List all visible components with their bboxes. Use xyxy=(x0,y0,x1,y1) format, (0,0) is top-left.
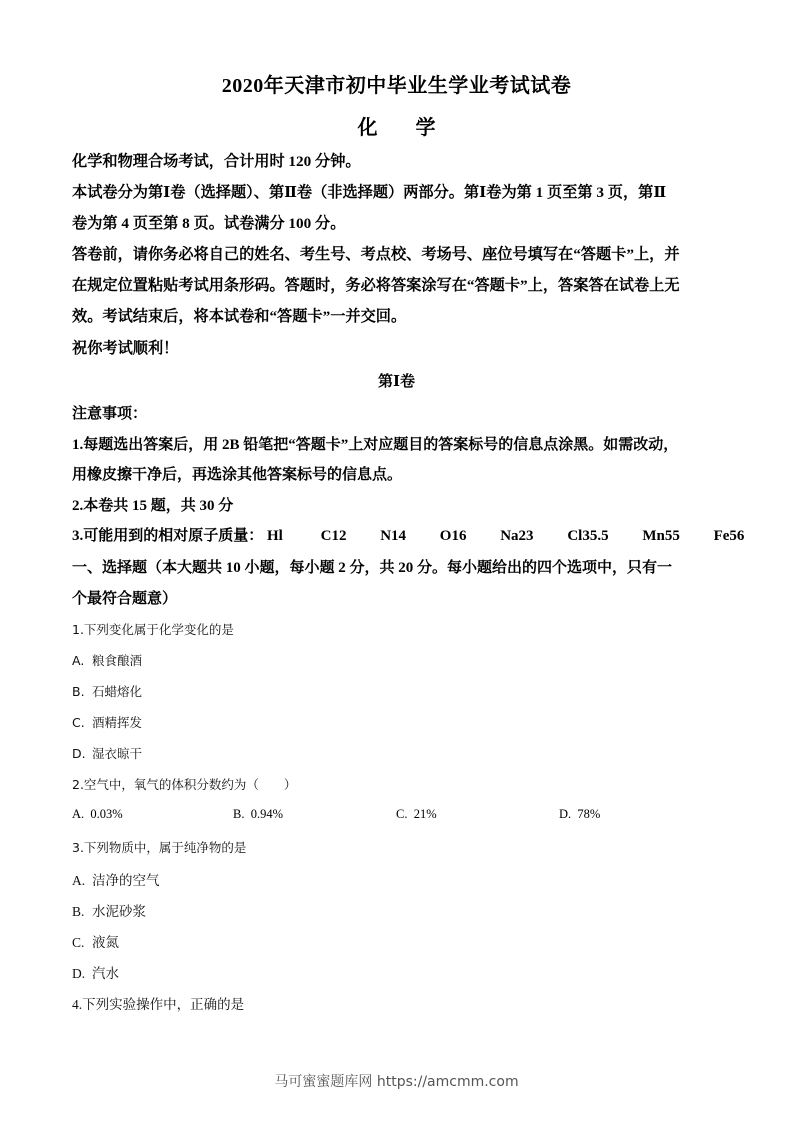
footer-watermark: 马可蜜蜜题库网 https://amcmm.com xyxy=(0,1071,793,1091)
intro-line-7: 祝你考试顺利！ xyxy=(72,337,178,358)
subject-char-1: 化 xyxy=(358,117,378,139)
note-1-line-2: 用橡皮擦干净后，再选涂其他答案标号的信息点。 xyxy=(72,463,402,484)
atomic-mass-o: O16 xyxy=(440,528,467,545)
atomic-mass-mn: Mn55 xyxy=(642,528,680,545)
notes-title: 注意事项： xyxy=(72,402,147,423)
section-heading: 第Ⅰ卷 xyxy=(0,370,793,391)
atomic-mass-row: 3.可能用到的相对原子质量： Hl C12 N14 O16 Na23 Cl35.… xyxy=(72,524,744,545)
note-1-line-1: 1.每题选出答案后，用 2B 铅笔把“答题卡”上对应题目的答案标号的信息点涂黑。… xyxy=(72,433,678,454)
question-3-option-a[interactable]: A.洁净的空气 xyxy=(72,869,160,889)
subject-title: 化学 xyxy=(0,111,793,140)
question-1-option-b[interactable]: B.石蜡熔化 xyxy=(72,682,142,700)
atomic-mass-na: Na23 xyxy=(500,528,533,545)
question-3-option-b[interactable]: B.水泥砂浆 xyxy=(72,900,146,920)
atomic-mass-label: 3.可能用到的相对原子质量： xyxy=(72,524,263,545)
question-2-option-d[interactable]: D. 78% xyxy=(559,807,600,822)
subject-char-2: 学 xyxy=(416,117,436,139)
exam-page: 2020年天津市初中毕业生学业考试试卷 化学 化学和物理合场考试，合计用时 12… xyxy=(0,0,793,1122)
atomic-mass-c: C12 xyxy=(321,528,347,545)
question-3-stem: 3.下列物质中，属于纯净物的是 xyxy=(72,838,246,856)
question-3-option-d[interactable]: D.汽水 xyxy=(72,962,119,982)
atomic-mass-h: Hl xyxy=(267,528,283,545)
part-heading-line-2: 个最符合题意） xyxy=(72,587,177,608)
atomic-mass-n: N14 xyxy=(380,528,406,545)
intro-line-2: 本试卷分为第Ⅰ卷（选择题）、第Ⅱ卷（非选择题）两部分。第Ⅰ卷为第 1 页至第 3… xyxy=(72,181,666,202)
intro-line-1: 化学和物理合场考试，合计用时 120 分钟。 xyxy=(72,150,361,171)
question-2-option-b[interactable]: B. 0.94% xyxy=(233,807,283,822)
question-1-stem: 1.下列变化属于化学变化的是 xyxy=(72,620,234,638)
intro-line-6: 效。考试结束后，将本试卷和“答题卡”一并交回。 xyxy=(72,305,406,326)
note-2: 2.本卷共 15 题，共 30 分 xyxy=(72,494,233,515)
question-1-option-d[interactable]: D.湿衣晾干 xyxy=(72,744,142,762)
question-3-option-c[interactable]: C.液氮 xyxy=(72,931,119,951)
atomic-mass-cl: Cl35.5 xyxy=(567,528,608,545)
question-1-option-c[interactable]: C.酒精挥发 xyxy=(72,713,142,731)
intro-line-5: 在规定位置粘贴考试用条形码。答题时，务必将答案涂写在“答题卡”上，答案答在试卷上… xyxy=(72,274,680,295)
question-4-stem: 4.下列实验操作中，正确的是 xyxy=(72,993,244,1013)
intro-line-4: 答卷前，请你务必将自己的姓名、考生号、考点校、考场号、座位号填写在“答题卡”上，… xyxy=(72,243,680,264)
atomic-mass-fe: Fe56 xyxy=(714,528,745,545)
question-2-option-c[interactable]: C. 21% xyxy=(396,807,437,822)
part-heading-line-1: 一、选择题（本大题共 10 小题，每小题 2 分，共 20 分。每小题给出的四个… xyxy=(72,556,672,577)
exam-title: 2020年天津市初中毕业生学业考试试卷 xyxy=(0,69,793,98)
question-2-stem: 2.空气中，氧气的体积分数约为（ ） xyxy=(72,775,296,793)
intro-line-3: 卷为第 4 页至第 8 页。试卷满分 100 分。 xyxy=(72,212,345,233)
question-1-option-a[interactable]: A.粮食酿酒 xyxy=(72,651,142,669)
question-2-option-a[interactable]: A. 0.03% xyxy=(72,807,123,822)
